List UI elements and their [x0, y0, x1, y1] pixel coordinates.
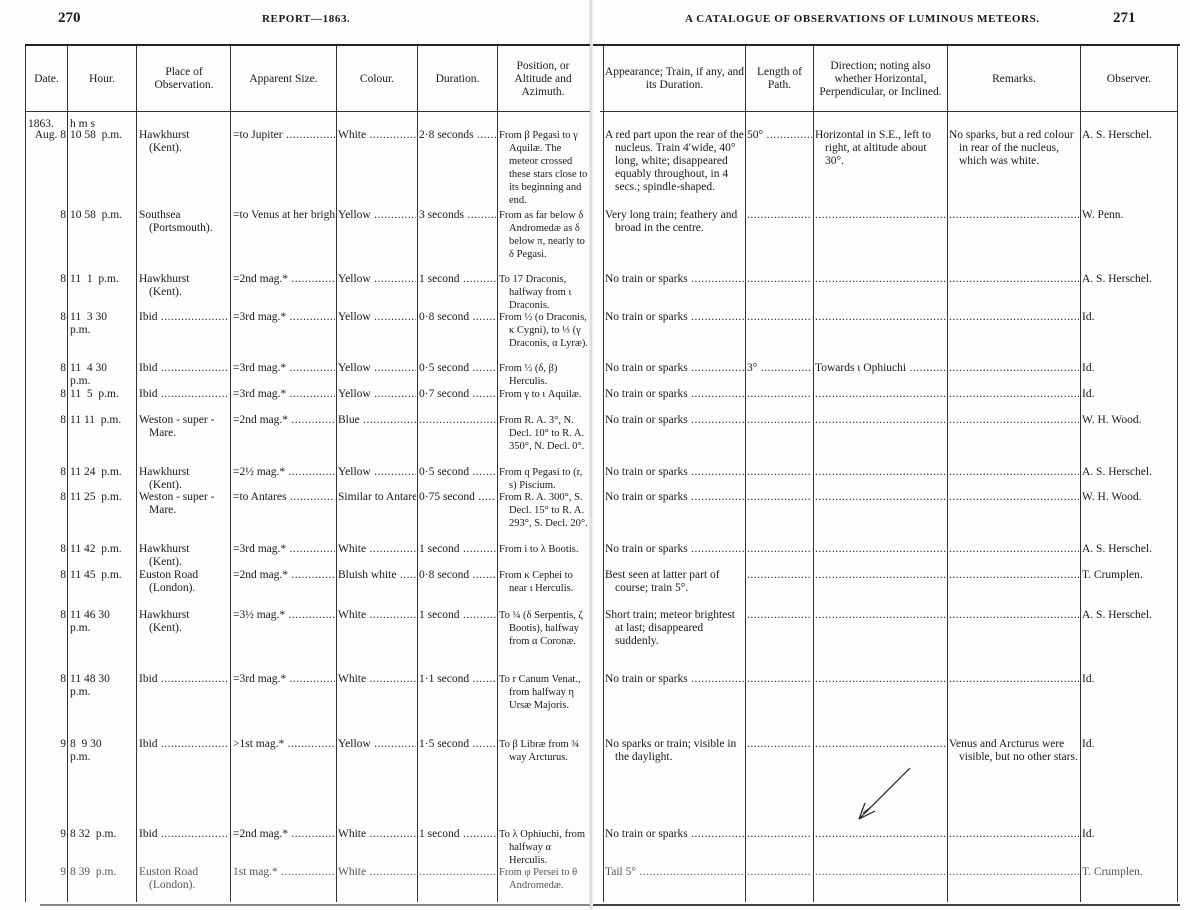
cell-size: =2½ mag.*	[233, 466, 335, 479]
cell-hour: 11 42 p.m.	[70, 543, 136, 556]
header-observer: Observer.	[1081, 50, 1177, 108]
cell-length	[747, 738, 812, 751]
cell-remarks	[949, 673, 1079, 686]
leader-dots	[469, 569, 496, 581]
leader-dots	[366, 609, 416, 621]
leader-dots	[747, 466, 812, 478]
cell-colour: Yellow	[338, 738, 416, 751]
cell-length	[747, 866, 812, 879]
cell-remarks	[949, 609, 1079, 622]
leader-dots	[815, 673, 946, 685]
cell-place: Ibid	[139, 311, 229, 324]
cell-direction: Horizontal in S.E., left to right, at al…	[815, 129, 946, 168]
leader-dots	[688, 828, 744, 840]
header-rule-left	[25, 111, 590, 112]
leader-dots	[371, 273, 416, 285]
cell-colour: Yellow	[338, 466, 416, 479]
cell-direction	[815, 209, 946, 222]
cell-date: 8	[26, 609, 66, 622]
cell-length: 3°	[747, 362, 812, 375]
leader-dots	[371, 209, 416, 221]
cell-position: To r Canum Venat., from halfway η Ursæ M…	[499, 673, 589, 712]
leader-dots	[763, 129, 812, 141]
cell-size: >1st mag.*	[233, 738, 335, 751]
leader-dots	[688, 311, 744, 323]
cell-position: From ½ (ο Draconis, κ Cygni), to ⅓ (γ Dr…	[499, 311, 589, 350]
leader-dots	[949, 828, 1079, 840]
leader-dots	[688, 362, 744, 374]
leader-dots	[288, 828, 335, 840]
cell-size: =3rd mag.*	[233, 311, 335, 324]
leader-dots	[371, 738, 416, 750]
cell-colour: Blue	[338, 414, 416, 427]
cell-place: Euston Road (London).	[139, 866, 229, 892]
cell-length	[747, 466, 812, 479]
leader-dots	[469, 673, 496, 685]
cell-colour: Yellow	[338, 209, 416, 222]
cell-duration: 0·8 second	[419, 311, 496, 324]
cell-observer: T. Crumplen.	[1082, 569, 1177, 582]
leader-dots	[688, 388, 744, 400]
cell-appearance: No train or sparks	[605, 543, 744, 556]
cell-observer: Id.	[1082, 673, 1177, 686]
leader-dots	[469, 738, 496, 750]
cell-length	[747, 273, 812, 286]
cell-place: Ibid	[139, 828, 229, 841]
leader-dots	[815, 311, 946, 323]
cell-direction	[815, 828, 946, 841]
cell-hour: 11 5 p.m.	[70, 388, 136, 401]
leader-dots	[949, 273, 1079, 285]
cell-colour: Similar to Antares.	[338, 491, 416, 504]
bottom-rule-right	[593, 904, 1180, 906]
column-divider	[1177, 46, 1178, 902]
cell-observer: A. S. Herschel.	[1082, 609, 1177, 622]
cell-appearance: No train or sparks	[605, 311, 744, 324]
cell-date: 8	[26, 466, 66, 479]
cell-remarks	[949, 311, 1079, 324]
cell-colour: Yellow	[338, 362, 416, 375]
cell-colour: White	[338, 609, 416, 622]
cell-observer: Id.	[1082, 362, 1177, 375]
cell-length	[747, 311, 812, 324]
cell-colour: Bluish white	[338, 569, 416, 582]
top-rule-left	[25, 44, 590, 46]
cell-date: 8	[26, 209, 66, 222]
cell-hour: 10 58 p.m.	[70, 129, 136, 142]
cell-duration: 1 second	[419, 609, 496, 622]
running-head-left: REPORT—1863.	[262, 13, 350, 25]
leader-dots	[158, 362, 229, 374]
cell-observer: W. H. Wood.	[1082, 414, 1177, 427]
leader-dots	[747, 543, 812, 555]
cell-size: =3rd mag.*	[233, 673, 335, 686]
cell-observer: W. Penn.	[1082, 209, 1177, 222]
leader-dots	[460, 543, 496, 555]
leader-dots	[688, 543, 744, 555]
cell-size: 1st mag.*	[233, 866, 335, 879]
top-rule-right	[593, 44, 1180, 46]
cell-size: =to Jupiter	[233, 129, 335, 142]
leader-dots	[469, 388, 496, 400]
cell-colour: White	[338, 866, 416, 879]
cell-position: To 17 Draconis, halfway from ι Draconis.	[499, 273, 589, 312]
leader-dots	[460, 828, 496, 840]
cell-colour: White	[338, 673, 416, 686]
cell-direction: Towards ι Ophiuchi	[815, 362, 946, 375]
leader-dots	[815, 543, 946, 555]
cell-remarks	[949, 414, 1079, 427]
cell-date: 9	[26, 866, 66, 879]
leader-dots	[688, 491, 744, 503]
cell-remarks	[949, 362, 1079, 375]
leader-dots	[747, 673, 812, 685]
cell-hour: 11 24 p.m.	[70, 466, 136, 479]
cell-hour: 10 58 p.m.	[70, 209, 136, 222]
header-place: Place of Observation.	[140, 50, 228, 108]
leader-dots	[747, 311, 812, 323]
cell-appearance: Very long train; feathery and broad in t…	[605, 209, 744, 235]
cell-colour: Yellow	[338, 311, 416, 324]
cell-position: From as far below δ Andromedæ as δ below…	[499, 209, 589, 261]
cell-size: =3rd mag.*	[233, 388, 335, 401]
column-divider	[1080, 46, 1081, 902]
leader-dots	[636, 866, 744, 878]
cell-observer: A. S. Herschel.	[1082, 129, 1177, 142]
header-appearance: Appearance; Train, if any, and its Durat…	[604, 50, 745, 108]
cell-appearance: No train or sparks	[605, 414, 744, 427]
leader-dots	[815, 209, 946, 221]
cell-size: =2nd mag.*	[233, 828, 335, 841]
leader-dots	[419, 866, 496, 878]
cell-direction	[815, 738, 946, 751]
leader-dots	[688, 414, 744, 426]
cell-place: Hawkhurst (Kent).	[139, 543, 229, 569]
cell-position: To β Libræ from ¾ way Arcturus.	[499, 738, 589, 764]
cell-position: From R. A. 300°, S. Decl. 15° to R. A. 2…	[499, 491, 589, 530]
cell-position: To ¼ (δ Serpentis, ζ Bootis), halfway fr…	[499, 609, 589, 648]
leader-dots	[371, 388, 416, 400]
cell-duration: 1 second	[419, 273, 496, 286]
cell-remarks	[949, 569, 1079, 582]
cell-date: 8	[26, 311, 66, 324]
leader-dots	[469, 362, 496, 374]
leader-dots	[286, 311, 335, 323]
cell-remarks	[949, 466, 1079, 479]
leader-dots	[366, 129, 416, 141]
page-number-left: 270	[58, 10, 81, 27]
leader-dots	[286, 543, 335, 555]
cell-duration: 1·1 second	[419, 673, 496, 686]
cell-duration: 0·5 second	[419, 362, 496, 375]
leader-dots	[371, 466, 416, 478]
cell-hour: 8 39 p.m.	[70, 866, 136, 879]
leader-dots	[286, 673, 335, 685]
cell-duration: 1·5 second	[419, 738, 496, 751]
cell-place: Weston - super - Mare.	[139, 414, 229, 440]
cell-date: 8	[26, 673, 66, 686]
cell-duration: 0·5 second	[419, 466, 496, 479]
cell-hour: 11 48 30 p.m.	[70, 673, 136, 699]
leader-dots	[949, 609, 1079, 621]
leader-dots	[949, 209, 1079, 221]
cell-direction	[815, 388, 946, 401]
cell-colour: White	[338, 129, 416, 142]
cell-remarks	[949, 273, 1079, 286]
cell-direction	[815, 543, 946, 556]
leader-dots	[949, 388, 1079, 400]
leader-dots	[949, 362, 1079, 374]
cell-place: Southsea (Portsmouth).	[139, 209, 229, 235]
leader-dots	[688, 673, 744, 685]
column-divider	[813, 46, 814, 902]
leader-dots	[747, 828, 812, 840]
cell-length	[747, 209, 812, 222]
header-remarks: Remarks.	[948, 50, 1080, 108]
leader-dots	[288, 273, 335, 285]
column-divider	[136, 46, 137, 902]
leader-dots	[469, 311, 496, 323]
leader-dots	[815, 491, 946, 503]
cell-observer: A. S. Herschel.	[1082, 273, 1177, 286]
leader-dots	[747, 273, 812, 285]
cell-direction	[815, 273, 946, 286]
bottom-rule-left	[40, 904, 590, 906]
cell-position: To λ Ophiuchi, from halfway α Herculis.	[499, 828, 589, 867]
cell-position: From γ to ι Aquilæ.	[499, 388, 589, 401]
page-fold	[589, 0, 593, 910]
leader-dots	[366, 866, 416, 878]
column-divider	[336, 46, 337, 902]
leader-dots	[815, 866, 946, 878]
column-divider	[497, 46, 498, 902]
leader-dots	[158, 828, 229, 840]
cell-date: 8	[26, 273, 66, 286]
leader-dots	[815, 466, 946, 478]
cell-size: =to Antares	[233, 491, 335, 504]
header-colour: Colour.	[337, 50, 417, 108]
cell-date: 8	[26, 543, 66, 556]
cell-date: 8	[26, 388, 66, 401]
leader-dots	[815, 273, 946, 285]
cell-appearance: No train or sparks	[605, 273, 744, 286]
cell-appearance: Best seen at latter part of course; trai…	[605, 569, 744, 595]
leader-dots	[283, 129, 335, 141]
cell-appearance: Short train; meteor brightest at last; d…	[605, 609, 744, 648]
hand-drawn-arrow-icon	[855, 765, 915, 825]
cell-duration: 2·8 seconds	[419, 129, 496, 142]
leader-dots	[158, 388, 229, 400]
cell-observer: W. H. Wood.	[1082, 491, 1177, 504]
cell-direction	[815, 569, 946, 582]
leader-dots	[158, 738, 229, 750]
cell-hour: 11 46 30 p.m.	[70, 609, 136, 635]
leader-dots	[949, 414, 1079, 426]
leader-dots	[460, 273, 496, 285]
cell-observer: Id.	[1082, 828, 1177, 841]
cell-direction	[815, 414, 946, 427]
cell-place: Ibid	[139, 362, 229, 375]
leader-dots	[747, 209, 812, 221]
leader-dots	[949, 311, 1079, 323]
leader-dots	[949, 491, 1079, 503]
cell-size: =to Venus at her brightest.	[233, 209, 335, 222]
leader-dots	[288, 414, 335, 426]
leader-dots	[371, 311, 416, 323]
leader-dots	[366, 673, 416, 685]
cell-observer: A. S. Herschel.	[1082, 543, 1177, 556]
cell-length	[747, 828, 812, 841]
leader-dots	[747, 569, 812, 581]
column-divider	[230, 46, 231, 902]
cell-observer: Id.	[1082, 738, 1177, 751]
cell-appearance: Tail 5°	[605, 866, 744, 879]
cell-direction	[815, 673, 946, 686]
column-divider	[603, 46, 604, 902]
cell-length	[747, 569, 812, 582]
cell-place: Euston Road (London).	[139, 569, 229, 595]
cell-length	[747, 414, 812, 427]
cell-appearance: A red part upon the rear of the nucleus.…	[605, 129, 744, 194]
cell-appearance: No train or sparks	[605, 491, 744, 504]
cell-colour: White	[338, 543, 416, 556]
leader-dots	[949, 866, 1079, 878]
leader-dots	[286, 362, 335, 374]
cell-hour: 8 32 p.m.	[70, 828, 136, 841]
cell-date: 8	[26, 362, 66, 375]
cell-duration: 0·75 second	[419, 491, 496, 504]
leader-dots	[288, 569, 335, 581]
cell-position: From i to λ Bootis.	[499, 543, 589, 556]
cell-observer: T. Crumplen.	[1082, 866, 1177, 879]
cell-length	[747, 388, 812, 401]
cell-size: =2nd mag.*	[233, 414, 335, 427]
cell-remarks: No sparks, but a red colour in rear of t…	[949, 129, 1079, 168]
cell-duration: 0·8 second	[419, 569, 496, 582]
column-divider	[67, 46, 68, 902]
leader-dots	[360, 414, 416, 426]
running-head-right: A CATALOGUE OF OBSERVATIONS OF LUMINOUS …	[685, 13, 1040, 25]
cell-position: From φ Persei to θ Andromedæ.	[499, 866, 589, 892]
leader-dots	[949, 466, 1079, 478]
cell-size: =3rd mag.*	[233, 362, 335, 375]
cell-size: =3½ mag.*	[233, 609, 335, 622]
cell-hour: 11 11 p.m.	[70, 414, 136, 427]
cell-colour: Yellow	[338, 273, 416, 286]
cell-duration: 1 second	[419, 828, 496, 841]
cell-date: 8	[26, 491, 66, 504]
cell-appearance: No train or sparks	[605, 362, 744, 375]
cell-remarks	[949, 388, 1079, 401]
cell-observer: A. S. Herschel.	[1082, 466, 1177, 479]
header-duration: Duration.	[418, 50, 497, 108]
cell-duration: 3 seconds	[419, 209, 496, 222]
column-divider	[745, 46, 746, 902]
leader-dots	[460, 609, 496, 621]
cell-remarks: Venus and Arcturus were visible, but no …	[949, 738, 1079, 764]
leader-dots	[474, 129, 496, 141]
cell-place: Hawkhurst (Kent).	[139, 466, 229, 492]
cell-duration: 0·7 second	[419, 388, 496, 401]
leader-dots	[396, 569, 416, 581]
header-length-of-path: Length of Path.	[746, 50, 813, 108]
cell-remarks	[949, 209, 1079, 222]
header-direction: Direction; noting also whether Horizonta…	[814, 50, 947, 108]
leader-dots	[158, 311, 229, 323]
cell-direction	[815, 491, 946, 504]
column-divider	[947, 46, 948, 902]
leader-dots	[815, 569, 946, 581]
leader-dots	[815, 609, 946, 621]
cell-remarks	[949, 866, 1079, 879]
leader-dots	[949, 569, 1079, 581]
cell-hour: 11 25 p.m.	[70, 491, 136, 504]
cell-appearance: No train or sparks	[605, 673, 744, 686]
cell-appearance: No train or sparks	[605, 388, 744, 401]
cell-remarks	[949, 543, 1079, 556]
cell-date: 8	[26, 569, 66, 582]
cell-observer: Id.	[1082, 388, 1177, 401]
cell-date: 9	[26, 828, 66, 841]
leader-dots	[747, 388, 812, 400]
cell-remarks	[949, 828, 1079, 841]
leader-dots	[949, 543, 1079, 555]
cell-duration	[419, 866, 496, 879]
cell-size: =2nd mag.*	[233, 273, 335, 286]
leader-dots	[419, 414, 496, 426]
cell-remarks	[949, 491, 1079, 504]
cell-hour: 8 9 30 p.m.	[70, 738, 136, 764]
cell-date: 9	[26, 738, 66, 751]
cell-duration	[419, 414, 496, 427]
leader-dots	[475, 491, 496, 503]
cell-observer: Id.	[1082, 311, 1177, 324]
cell-length	[747, 543, 812, 556]
cell-place: Hawkhurst (Kent).	[139, 609, 229, 635]
leader-dots	[286, 491, 335, 503]
header-rule-right	[600, 111, 1178, 112]
cell-size: =2nd mag.*	[233, 569, 335, 582]
cell-colour: Yellow	[338, 388, 416, 401]
cell-duration: 1 second	[419, 543, 496, 556]
cell-hour: 11 1 p.m.	[70, 273, 136, 286]
header-position: Position, or Altitude and Azimuth.	[500, 50, 586, 108]
cell-position: From q Pegasi to (r, s) Piscium.	[499, 466, 589, 492]
cell-place: Weston - super - Mare.	[139, 491, 229, 517]
leader-dots	[747, 414, 812, 426]
leader-dots	[688, 273, 744, 285]
cell-place: Ibid	[139, 673, 229, 686]
cell-length	[747, 673, 812, 686]
leader-dots	[815, 414, 946, 426]
leader-dots	[747, 491, 812, 503]
cell-length	[747, 491, 812, 504]
cell-position: From R. A. 3°, N. Decl. 10° to R. A. 350…	[499, 414, 589, 453]
cell-date: Aug. 8	[26, 129, 66, 142]
cell-appearance: No train or sparks	[605, 828, 744, 841]
leader-dots	[757, 362, 812, 374]
cell-direction	[815, 466, 946, 479]
cell-length: 50°	[747, 129, 812, 142]
leader-dots	[949, 673, 1079, 685]
cell-colour: White	[338, 828, 416, 841]
cell-hour: 11 4 30 p.m.	[70, 362, 136, 388]
cell-appearance: No train or sparks	[605, 466, 744, 479]
cell-direction	[815, 311, 946, 324]
leader-dots	[464, 209, 496, 221]
cell-place: Hawkhurst (Kent).	[139, 129, 229, 155]
leader-dots	[366, 543, 416, 555]
